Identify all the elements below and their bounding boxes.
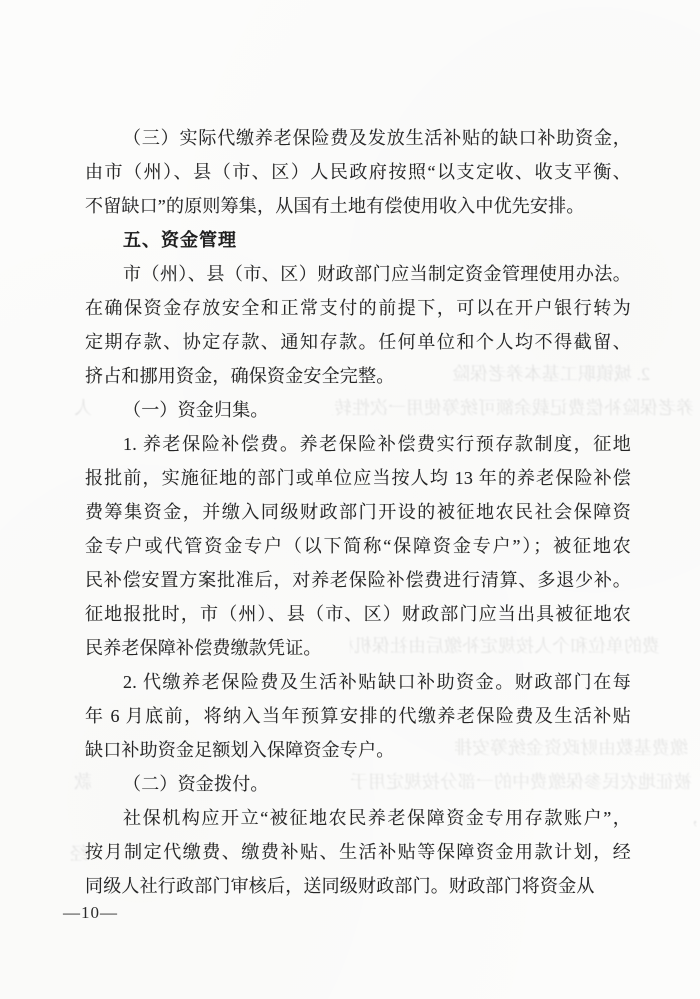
text-line: 挤占和挪用资金，确保资金安全完整。 [85, 359, 631, 393]
text-line: 民补偿安置方案批准后，对养老保险补偿费进行清算、多退少补。 [85, 563, 631, 597]
text-line: 1. 养老保险补偿费。养老保险补偿费实行预存款制度，征地 [85, 427, 631, 461]
text-line: 征地报批时，市（州）、县（市、区）财政部门应当出具被征地农 [85, 597, 631, 631]
text-line: 定期存款、协定存款、通知存款。任何单位和个人均不得截留、 [85, 325, 631, 359]
document-page: 2. 城镇职工基本养老保险养老保险补偿费记载余额可统筹使用一次性转入个人人费的单… [0, 0, 700, 999]
text-line: 不留缺口”的原则筹集，从国有土地有偿使用收入中优先安排。 [85, 189, 631, 223]
text-line: （一）资金归集。 [85, 393, 631, 427]
text-line: 年 6 月底前，将纳入当年预算安排的代缴养老保险费及生活补贴 [85, 699, 631, 733]
text-line: （二）资金拨付。 [85, 767, 631, 801]
document-body: （三）实际代缴养老保险费及发放生活补贴的缺口补助资金，由市（州）、县（市、区）人… [85, 121, 631, 903]
text-line: 按月制定代缴费、缴费补贴、生活补贴等保障资金用款计划，经 [85, 835, 631, 869]
bleedthrough-text: ， [678, 806, 698, 830]
text-line: 市（州）、县（市、区）财政部门应当制定资金管理使用办法。 [85, 257, 631, 291]
text-line: 费筹集资金，并缴入同级财政部门开设的被征地农民社会保障资 [85, 495, 631, 529]
text-line: 社保机构应开立“被征地农民养老保障资金专用存款账户”， [85, 801, 631, 835]
text-line: 报批前，实施征地的部门或单位应当按人均 13 年的养老保险补偿 [85, 461, 631, 495]
text-line: 由市（州）、县（市、区）人民政府按照“以支定收、收支平衡、 [85, 155, 631, 189]
text-line: 缺口补助资金足额划入保障资金专户。 [85, 733, 631, 767]
text-line: 2. 代缴养老保险费及生活补贴缺口补助资金。财政部门在每 [85, 665, 631, 699]
section-heading: 五、资金管理 [85, 223, 631, 257]
page-number: —10— [63, 903, 118, 923]
text-line: 民养老保障补偿费缴款凭证。 [85, 631, 631, 665]
text-line: 金专户或代管资金专户（以下简称“保障资金专户”）；被征地农 [85, 529, 631, 563]
text-line: （三）实际代缴养老保险费及发放生活补贴的缺口补助资金， [85, 121, 631, 155]
text-line: 同级人社行政部门审核后，送同级财政部门。财政部门将资金从 [85, 869, 631, 903]
text-line: 在确保资金存放安全和正常支付的前提下，可以在开户银行转为 [85, 291, 631, 325]
